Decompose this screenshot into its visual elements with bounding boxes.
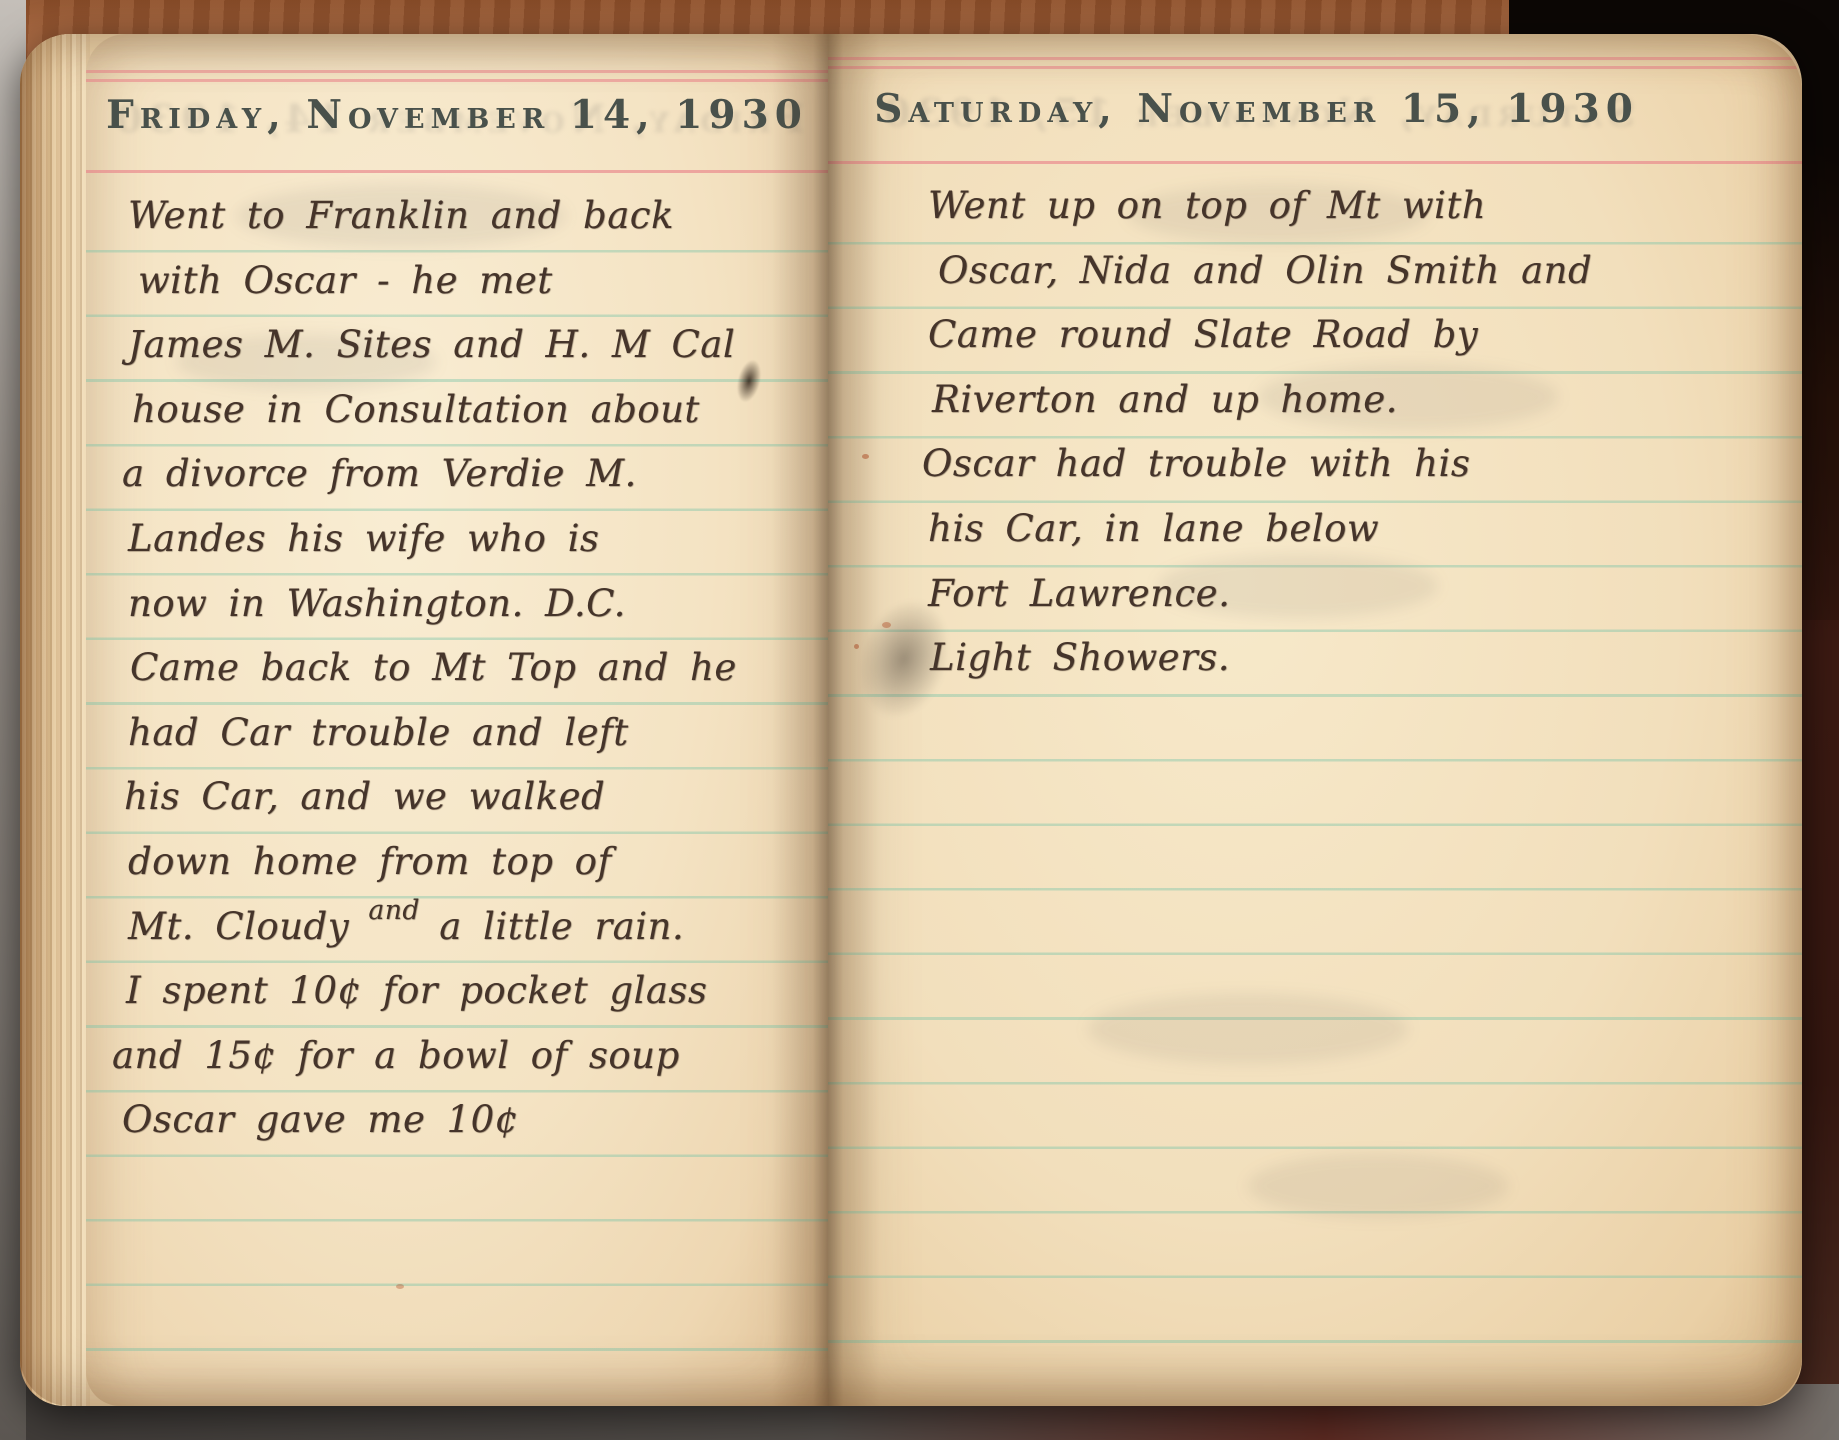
page-stack-edges: [20, 34, 90, 1406]
diary-entry-left: Went to Franklin and back with Oscar - h…: [128, 184, 808, 1153]
handwriting-line: James M. Sites and H. M Cal: [128, 313, 808, 378]
date-header-right: Saturday, November 15, 1930: [828, 86, 1685, 132]
handwriting-line: Oscar, Nida and Olin Smith and: [938, 239, 1588, 304]
pink-header-separator-line: [828, 161, 1802, 164]
handwriting-line: Light Showers.: [930, 626, 1588, 691]
handwriting-segment: a little rain.: [439, 905, 684, 948]
handwriting-line: Went up on top of Mt with: [928, 174, 1588, 239]
handwriting-line: Came back to Mt Top and he: [130, 636, 808, 701]
handwriting-line: Landes his wife who is: [128, 507, 808, 572]
handwriting-line-with-insertion: Mt. Cloudy and a little rain.: [128, 895, 808, 960]
handwriting-line: now in Washington. D.C.: [128, 572, 808, 637]
handwriting-line: Came round Slate Road by: [928, 303, 1588, 368]
handwriting-line: Went to Franklin and back: [128, 184, 808, 249]
date-header-left: Friday, November 14, 1930: [86, 92, 828, 138]
handwriting-line: house in Consultation about: [132, 378, 808, 443]
open-diary-book: Friday, November 14, 1930 Friday, Novemb…: [20, 34, 1802, 1406]
handwriting-line: with Oscar - he met: [138, 249, 808, 314]
pink-header-separator-line: [86, 170, 828, 173]
diary-page-right: Saturday, November 15, 1930 Saturday, No…: [828, 34, 1802, 1406]
handwriting-line: Riverton and up home.: [932, 368, 1588, 433]
handwriting-line: Oscar gave me 10¢: [122, 1088, 808, 1153]
handwriting-line: Fort Lawrence.: [928, 562, 1588, 627]
handwriting-line: Oscar had trouble with his: [922, 432, 1588, 497]
diary-page-left: Friday, November 14, 1930 Friday, Novemb…: [86, 34, 828, 1406]
diary-entry-right: Went up on top of Mt with Oscar, Nida an…: [928, 174, 1588, 691]
inserted-word-above-line: and: [368, 879, 420, 944]
pink-margin-line: [86, 70, 828, 73]
pink-margin-line: [828, 57, 1802, 60]
handwriting-line: his Car, and we walked: [124, 765, 808, 830]
handwriting-line: his Car, in lane below: [928, 497, 1588, 562]
handwriting-line: and 15¢ for a bowl of soup: [112, 1024, 808, 1089]
handwriting-line: down home from top of: [128, 830, 808, 895]
handwriting-line: a divorce from Verdie M.: [122, 442, 808, 507]
pink-margin-line: [86, 79, 828, 82]
handwriting-line: had Car trouble and left: [128, 701, 808, 766]
pink-margin-line: [828, 66, 1802, 69]
diary-photo: Friday, November 14, 1930 Friday, Novemb…: [0, 0, 1839, 1440]
handwriting-line: I spent 10¢ for pocket glass: [126, 959, 808, 1024]
handwriting-segment: Mt. Cloudy: [128, 905, 349, 948]
